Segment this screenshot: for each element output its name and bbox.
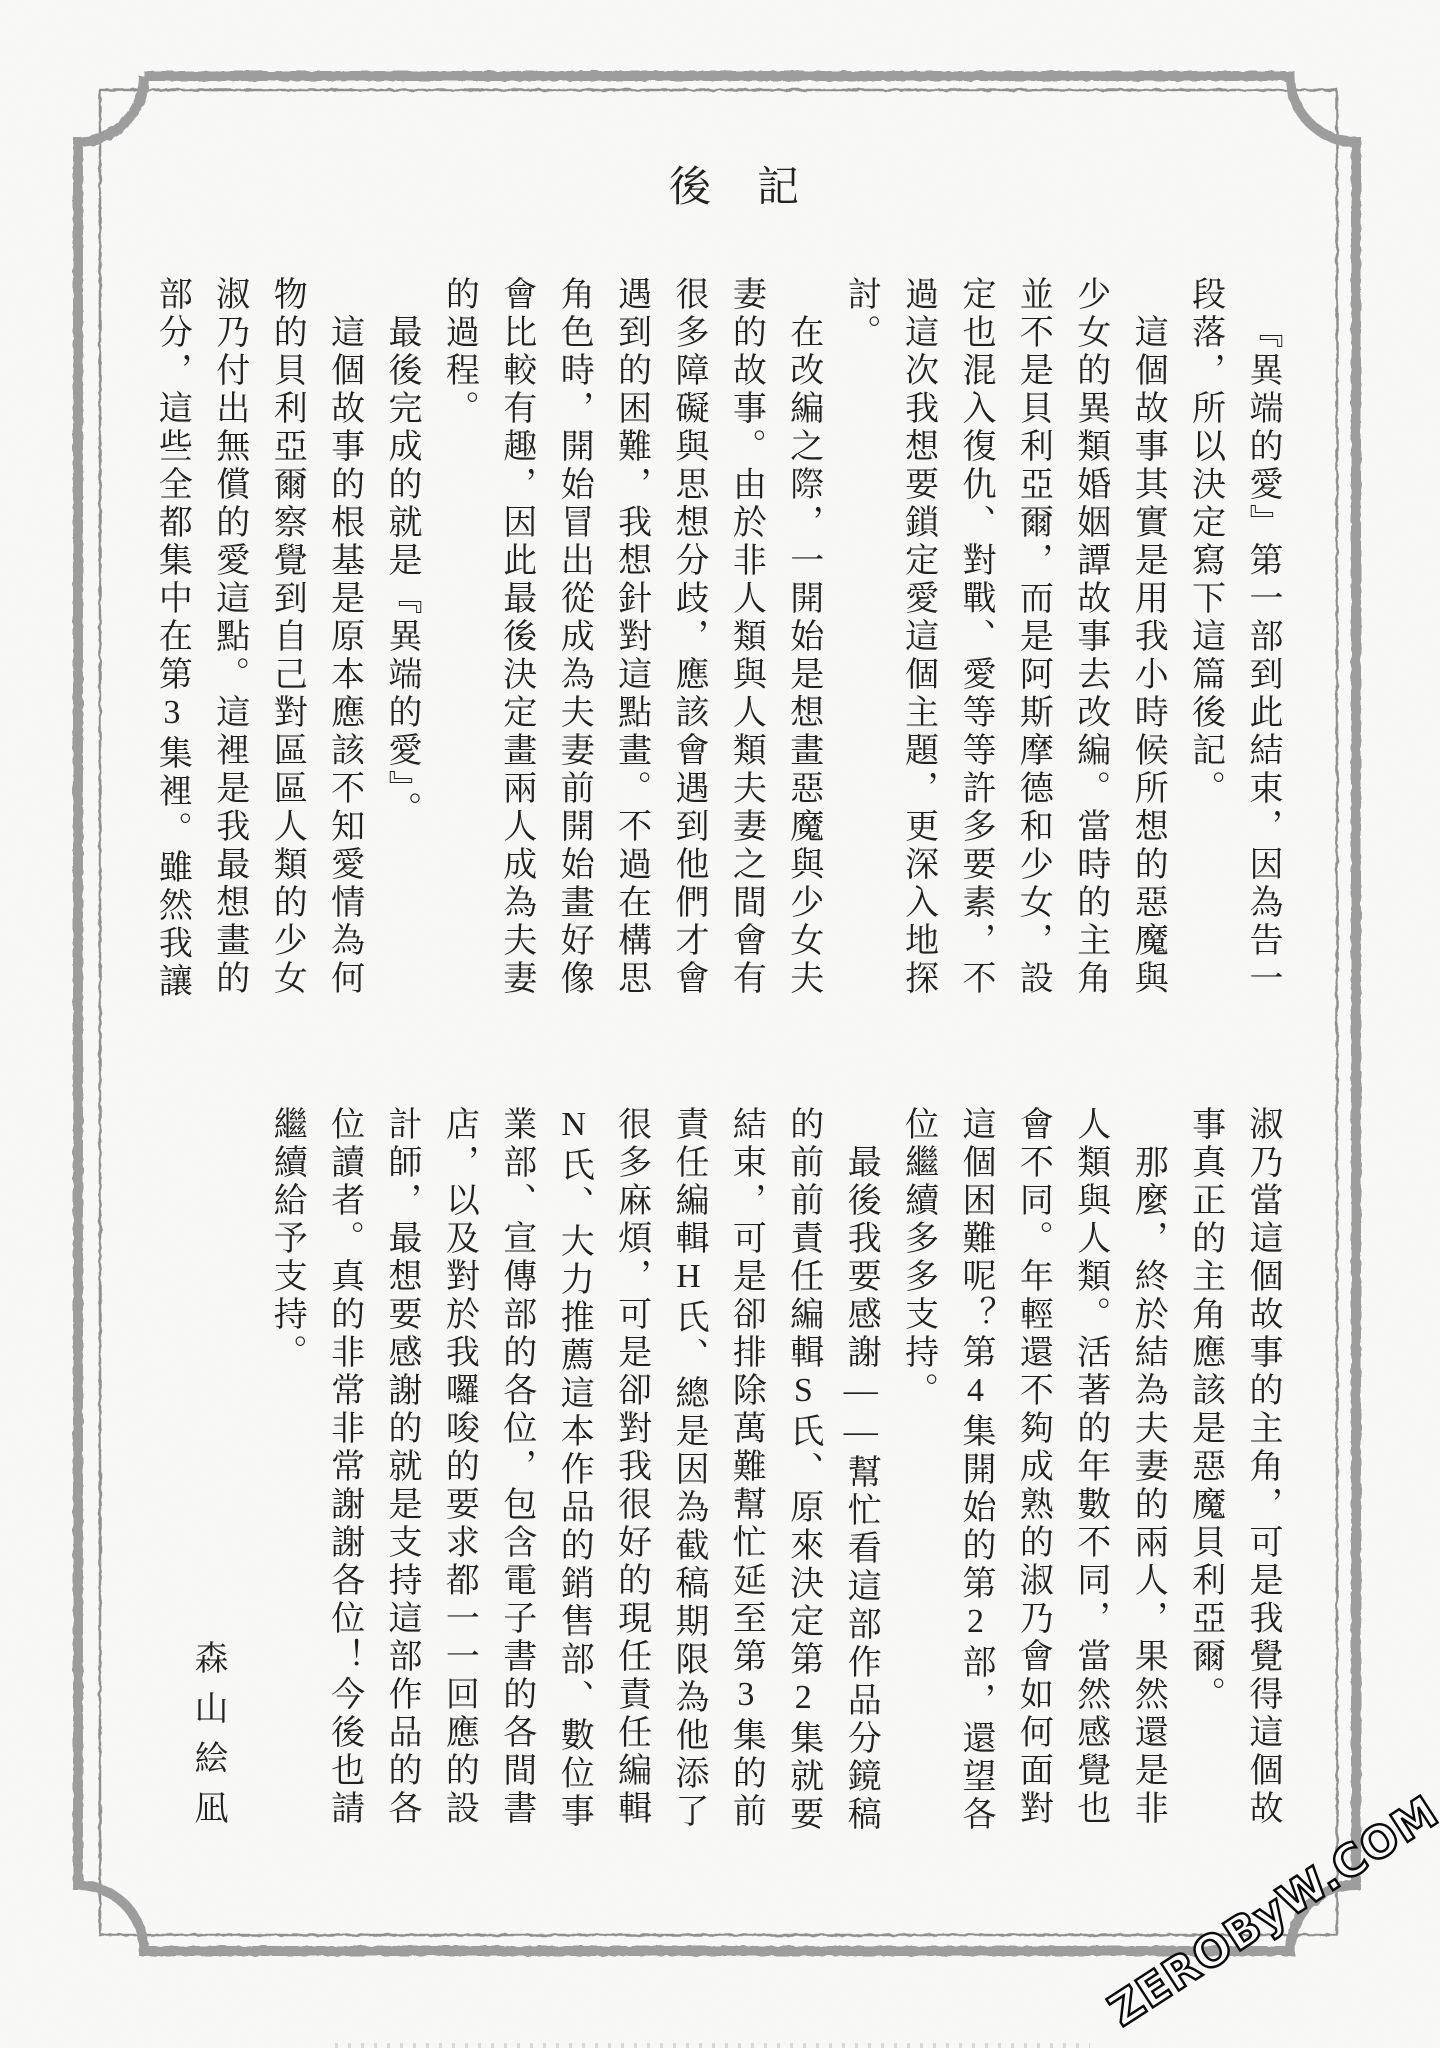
text-column: 店，以及對於我囉唆的要求都一一回應的設	[439, 1106, 477, 1828]
text-column: 結束，可是卻排除萬難幫忙延至第3集的前	[726, 1106, 764, 1831]
text-column: 那麼，終於結為夫妻的兩人，果然還是非	[1128, 1106, 1166, 1828]
text-column: 討。	[841, 276, 879, 352]
text-column: 遇到的困難，我想針對這點畫。不過在構思	[612, 276, 650, 998]
text-column: 計師，最想要感謝的就是支持這部作品的各	[382, 1106, 420, 1828]
text-column: 部分，這些全都集中在第3集裡。雖然我讓	[152, 276, 190, 1001]
text-column: 業部、宣傳部的各位，包含電子書的各間書	[497, 1106, 535, 1828]
text-column: 這個故事的根基是原本應該不知愛情為何	[325, 276, 363, 998]
text-column: 的前前責任編輯S氏、原來決定第2集就要	[784, 1106, 822, 1834]
text-column: 妻的故事。由於非人類與人類夫妻之間會有	[726, 276, 764, 998]
text-column: 最後完成的就是『異端的愛』。	[382, 276, 420, 829]
text-column: 少女的異類婚姻譚故事去改編。當時的主角	[1071, 276, 1109, 998]
text-column: 最後我要感謝——幫忙看這部作品分鏡稿	[841, 1106, 879, 1834]
text-column: 事真正的主角應該是惡魔貝利亞爾。	[1186, 1106, 1224, 1714]
page: 後 記 『異端的愛』第一部到此結束，因為告一 段落，所以決定寫下這篇後記。 這個…	[0, 0, 1440, 2048]
text-column: 過這次我想要鎖定愛這個主題，更深入地探	[899, 276, 937, 998]
text-column: 這個困難呢？第4集開始的第2部，還望各	[956, 1106, 994, 1834]
text-column: 很多麻煩，可是卻對我很好的現任責任編輯	[612, 1106, 650, 1828]
text-column: 位繼續多多支持。	[899, 1106, 937, 1410]
text-column: 段落，所以決定寫下這篇後記。	[1186, 276, 1224, 808]
text-column: N氏、大力推薦這本作品的銷售部、數位事	[554, 1106, 592, 1831]
text-column: 人類與人類。活著的年數不同，當然感覺也	[1071, 1106, 1109, 1828]
text-column: 繼續給予支持。	[267, 1106, 305, 1372]
text-column: 的過程。	[439, 276, 477, 428]
text-column: 淑乃當這個故事的主角，可是我覺得這個故	[1243, 1106, 1281, 1828]
text-column: 位讀者。真的非常非常謝謝各位！今後也請	[325, 1106, 363, 1828]
text-column: 會不同。年輕還不夠成熟的淑乃會如何面對	[1013, 1106, 1051, 1828]
text-column: 定也混入復仇、對戰、愛等等許多要素，不	[956, 276, 994, 998]
text-column: 角色時，開始冒出從成為夫妻前開始畫好像	[554, 276, 592, 998]
author-signature: 森山絵凪	[188, 1640, 226, 1840]
text-column: 『異端的愛』第一部到此結束，因為告一	[1243, 276, 1281, 998]
text-column: 在改編之際，一開始是想畫惡魔與少女夫	[784, 276, 822, 998]
page-edge-text-remnant	[335, 2043, 1090, 2048]
text-column: 淑乃付出無償的愛這點。這裡是我最想畫的	[210, 276, 248, 998]
text-column: 這個故事其實是用我小時候所想的惡魔與	[1128, 276, 1166, 998]
text-column: 物的貝利亞爾察覺到自己對區區人類的少女	[267, 276, 305, 998]
text-column: 會比較有趣，因此最後決定畫兩人成為夫妻	[497, 276, 535, 998]
text-column: 並不是貝利亞爾，而是阿斯摩德和少女，設	[1013, 276, 1051, 998]
page-title: 後 記	[30, 154, 1440, 214]
text-column: 責任編輯H氏、總是因為截稿期限為他添了	[669, 1106, 707, 1831]
text-column: 很多障礙與思想分歧，應該會遇到他們才會	[669, 276, 707, 998]
